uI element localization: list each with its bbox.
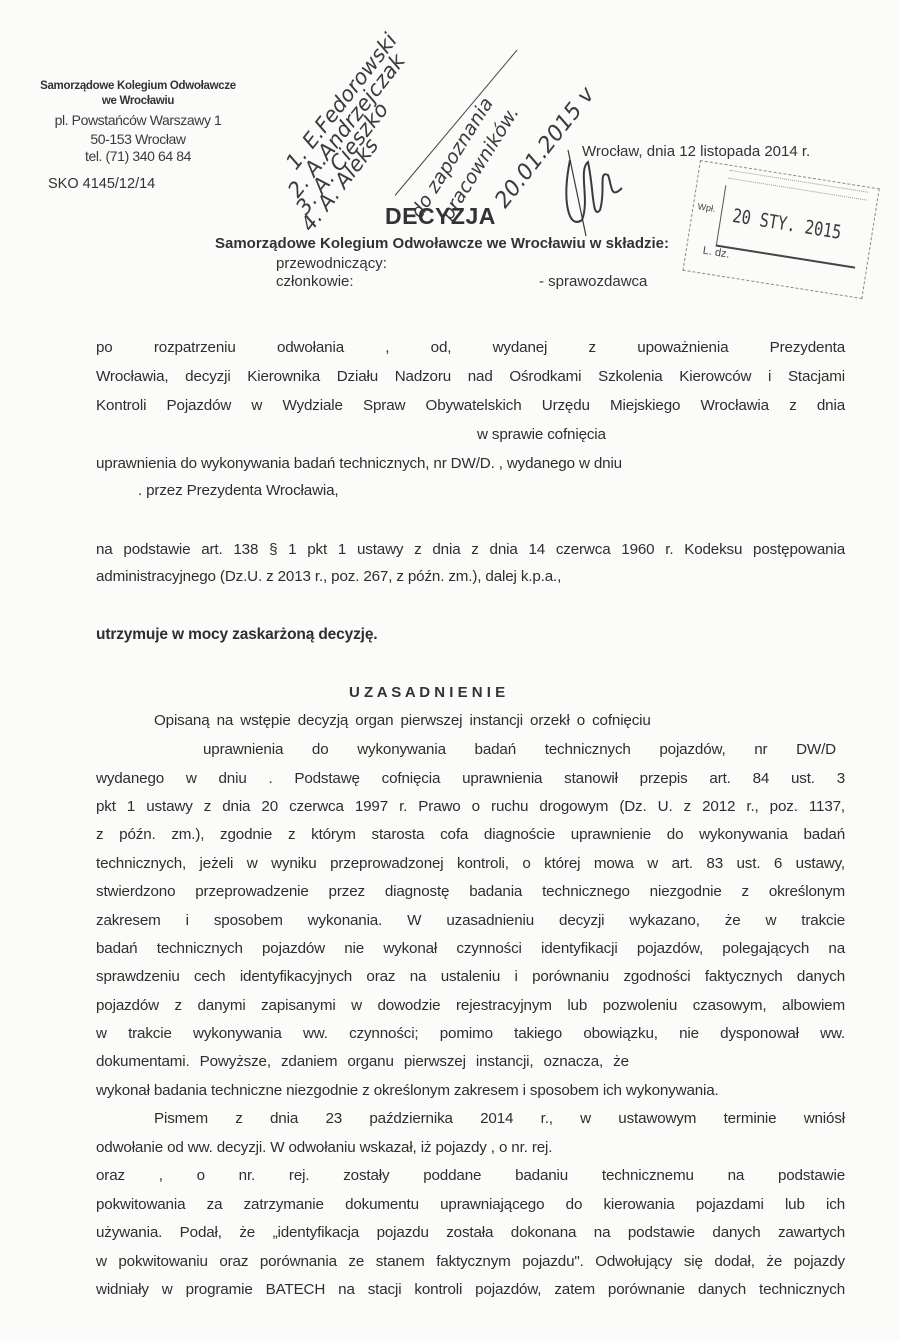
intro-line: . przez Prezydenta Wrocławia,	[138, 482, 338, 499]
justification-line: stwierdzono przeprowadzenie przez diagno…	[96, 883, 845, 900]
org-city: we Wrocławiu	[22, 95, 254, 107]
members-label: członkowie:	[276, 273, 354, 290]
intro-line: Kontroli Pojazdów w Wydziale Spraw Obywa…	[96, 397, 845, 414]
stamp-label-wpl: Wpł.	[697, 201, 716, 214]
chair-label: przewodniczący:	[276, 255, 387, 272]
justification-line: w trakcie wykonywania ww. czynności; pom…	[96, 1025, 845, 1042]
intro-line: po rozpatrzeniu odwołania , od, wydanej …	[96, 339, 845, 356]
phone: tel. (71) 340 64 84	[22, 148, 254, 164]
justification-line: oraz , o nr. rej. zostały poddane badani…	[96, 1167, 845, 1184]
reference-number: SKO 4145/12/14	[48, 176, 155, 192]
composition-heading: Samorządowe Kolegium Odwoławcze we Wrocł…	[215, 235, 669, 252]
address-street: pl. Powstańców Warszawy 1	[22, 112, 254, 128]
justification-line: z późn. zm.), zgodnie z którym starosta …	[96, 826, 845, 843]
justification-line: w pokwitowaniu oraz porównania ze stanem…	[96, 1253, 845, 1270]
ruling: utrzymuje w mocy zaskarżoną decyzję.	[96, 626, 377, 644]
justification-line: Pismem z dnia 23 października 2014 r., w…	[154, 1110, 845, 1127]
justification-line: widniały w programie BATECH na stacji ko…	[96, 1281, 845, 1298]
document-title: DECYZJA	[385, 203, 496, 230]
justification-line: badań technicznych pojazdów nie wykonał …	[96, 940, 845, 957]
justification-line: dokumentami. Powyższe, zdaniem organu pi…	[96, 1053, 629, 1070]
justification-heading: U Z A S A D N I E N I E	[349, 684, 505, 701]
intro-line: w sprawie cofnięcia	[477, 426, 606, 443]
intro-line: uprawnienia do wykonywania badań technic…	[96, 455, 622, 472]
justification-line: wykonał badania techniczne niezgodnie z …	[96, 1082, 719, 1099]
org-name: Samorządowe Kolegium Odwoławcze	[22, 80, 254, 92]
signature-icon	[560, 140, 630, 240]
legal-basis-line: administracyjnego (Dz.U. z 2013 r., poz.…	[96, 568, 561, 585]
legal-basis-line: na podstawie art. 138 § 1 pkt 1 ustawy z…	[96, 541, 845, 558]
rapporteur-label: - sprawozdawca	[539, 273, 647, 290]
address-postal: 50-153 Wrocław	[22, 131, 254, 147]
justification-line: wydanego w dniu . Podstawę cofnięcia upr…	[96, 770, 845, 787]
justification-line: technicznych, jeżeli w wyniku przeprowad…	[96, 855, 845, 872]
justification-line: sprawdzeniu cech identyfikacyjnych oraz …	[96, 968, 845, 985]
justification-line: odwołanie od ww. decyzji. W odwołaniu ws…	[96, 1139, 552, 1156]
justification-line: zakresem i sposobem wykonania. W uzasadn…	[96, 912, 845, 929]
justification-line: uprawnienia do wykonywania badań technic…	[203, 741, 836, 758]
justification-line: pokwitowania za zatrzymanie dokumentu up…	[96, 1196, 845, 1213]
received-stamp: Wpł. 20 STY. 2015 L. dz.	[682, 160, 879, 299]
intro-line: Wrocławia, decyzji Kierownika Działu Nad…	[96, 368, 845, 385]
justification-line: pojazdów z danymi zapisanymi w dowodzie …	[96, 997, 845, 1014]
justification-line: pkt 1 ustawy z dnia 20 czerwca 1997 r. P…	[96, 798, 845, 815]
justification-line: używania. Podał, że „identyfikacja pojaz…	[96, 1224, 845, 1241]
justification-line: Opisaną na wstępie decyzją organ pierwsz…	[154, 712, 651, 729]
